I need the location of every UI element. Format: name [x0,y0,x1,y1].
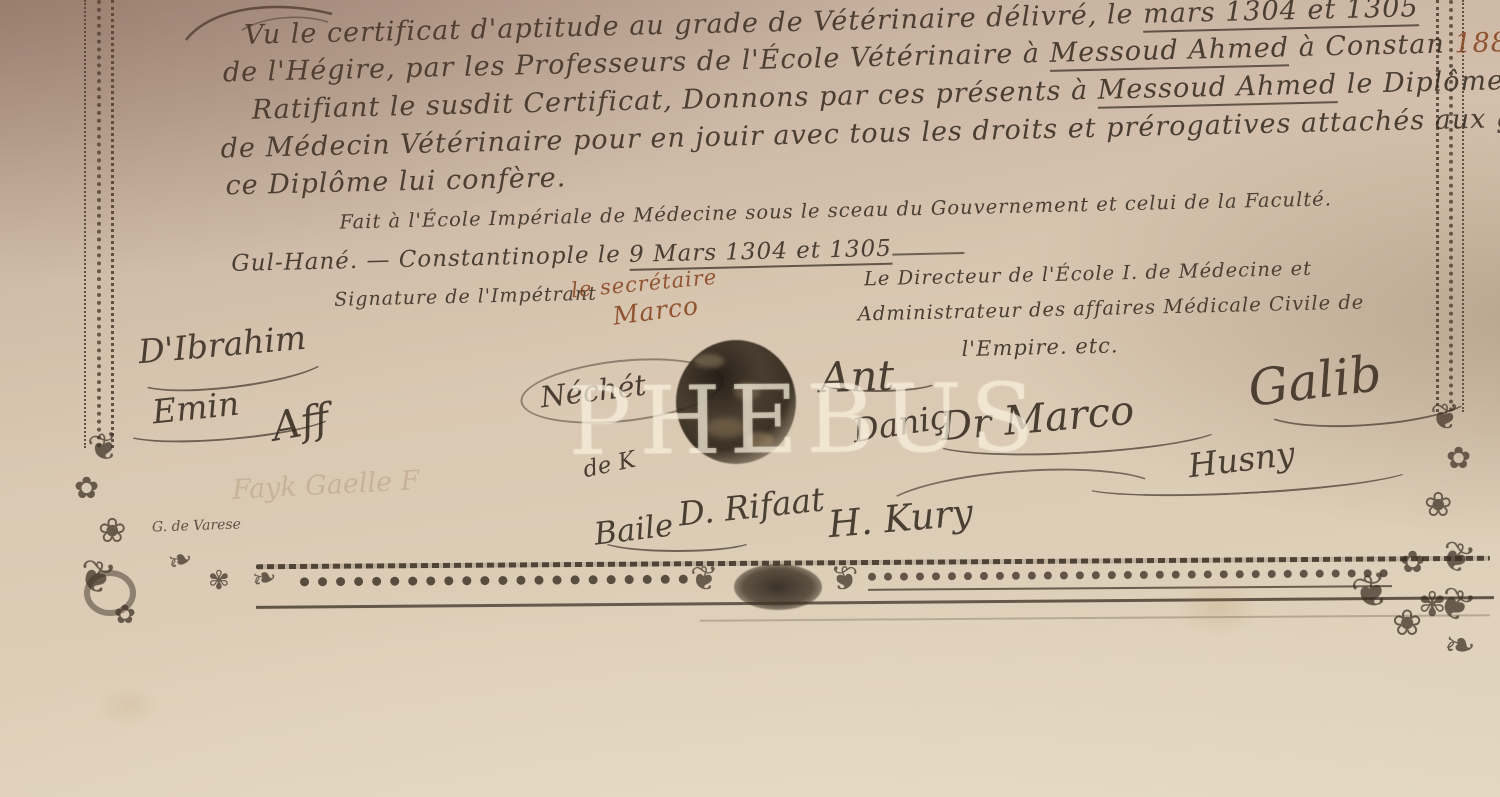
dateline-date-underlined: 9 Mars 1304 et 1305 [629,235,892,270]
engraver-credit: G. de Varese [152,516,241,535]
dateline-place: Gul-Hané. — Constantinople le [231,242,629,277]
signature-of-applicant-label: Signature de l'Impétrant [334,283,597,311]
dateline-rule [892,231,965,255]
signature-aff: Aff [268,395,332,450]
recipient-name-underlined: Messoud Ahmed [1097,69,1337,109]
director-title-line-2: Administrateur des affaires Médicale Civ… [857,291,1364,326]
phebus-watermark: PHEBUS [568,364,1043,477]
line2-mid: à Constan [1289,28,1455,63]
director-title-line-3: l'Empire. etc. [961,333,1119,361]
diploma-photo: ❦ ✿ ❀ ❦ ✿ ❧ ✾ ❦ ✿ ❀ ❦ ✾ ❧ ❦ ✿ ❀ ❦ ❧ ❦ ❦ [0,0,1500,797]
body-line-5: ce Diplôme lui confère. [225,162,566,201]
dateline: Gul-Hané. — Constantinople le 9 Mars 130… [231,231,964,277]
recipient-name-underlined: Messoud Ahmed [1049,32,1289,72]
year-annotation: 1883 [1454,27,1500,60]
director-title-line-1: Le Directeur de l'École I. de Médecine e… [864,257,1313,291]
line1-date-underlined: mars 1304 et 1305 [1143,0,1419,33]
line3-post: le Diplôme [1337,65,1500,100]
signature-flourish [600,528,754,552]
